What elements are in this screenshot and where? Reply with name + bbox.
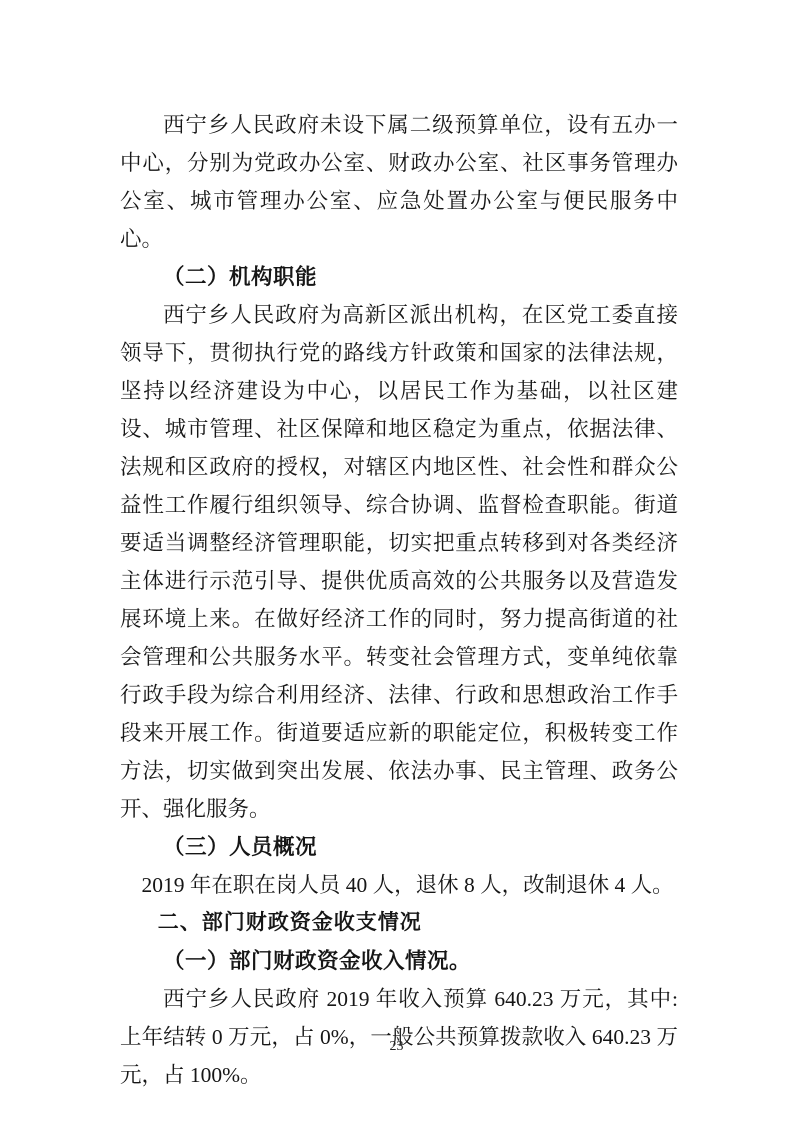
paragraph-functions: 西宁乡人民政府为高新区派出机构，在区党工委直接领导下，贯彻执行党的路线方针政策和… — [120, 296, 678, 828]
document-body: 西宁乡人民政府未设下属二级预算单位，设有五办一中心，分别为党政办公室、财政办公室… — [120, 106, 678, 1094]
paragraph-staff: 2019 年在职在岗人员 40 人，退休 8 人，改制退休 4 人。 — [120, 866, 678, 904]
heading-org-functions: （二）机构职能 — [120, 258, 678, 296]
heading-income: （一）部门财政资金收入情况。 — [120, 942, 678, 980]
page-number: 23 — [0, 1038, 793, 1056]
heading-staff: （三）人员概况 — [120, 828, 678, 866]
paragraph-income: 西宁乡人民政府 2019 年收入预算 640.23 万元，其中: 上年结转 0 … — [120, 980, 678, 1094]
document-page: 西宁乡人民政府未设下属二级预算单位，设有五办一中心，分别为党政办公室、财政办公室… — [0, 0, 793, 1122]
heading-section-two: 二、部门财政资金收支情况 — [120, 904, 678, 942]
paragraph-org-setup: 西宁乡人民政府未设下属二级预算单位，设有五办一中心，分别为党政办公室、财政办公室… — [120, 106, 678, 258]
